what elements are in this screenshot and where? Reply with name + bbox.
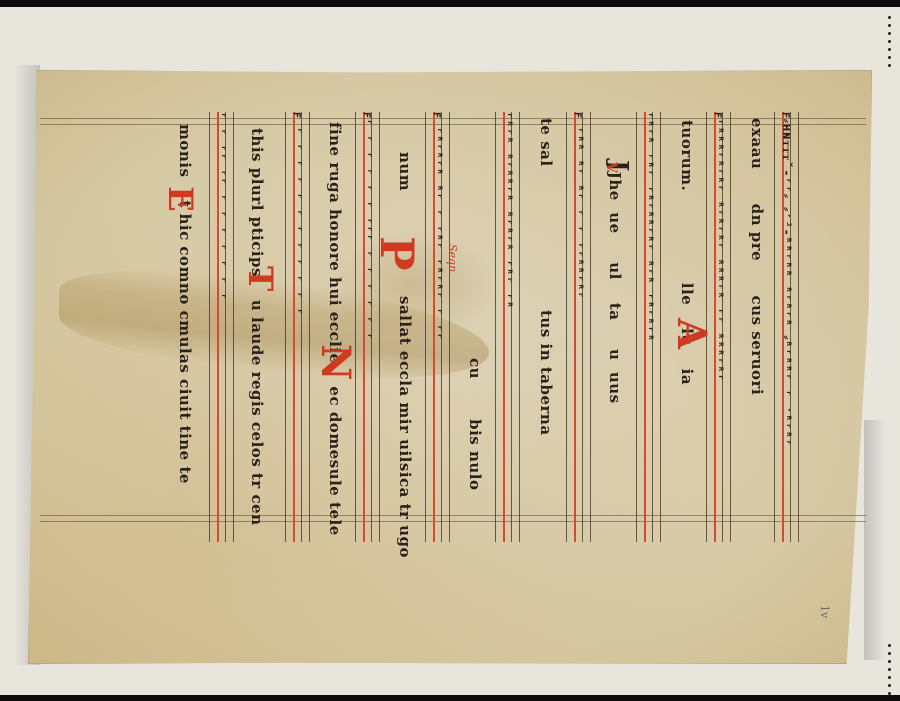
neumes-staff-9: ʳ ʳ ʳʳ ʳʳ ʳ ʳ ʳ ʳ ʳ ʳ ʳ bbox=[209, 112, 235, 542]
music-staff-6: ꜰ ʳᴿʳᴿʳᴿ ᴿʳ ʳ ʳᴿʳ ʳᴿʳᴿʳ ʳ ʳʳ bbox=[425, 112, 451, 542]
initial-alleluia-a: A bbox=[668, 318, 715, 349]
music-staff-3: ʳᴿʳᴿ ʳᴿʳ ʳᴿʳᴿᴿʳᴿʳ ᴿʳᴿ ʳᴿʳᴿʳᴿ bbox=[636, 112, 662, 542]
color-scale-marks-top bbox=[888, 16, 892, 67]
initial-tu-t: T bbox=[240, 266, 280, 291]
music-staff-4: ꜰ ʳᴿᴿ ᴿʳ ᴿʳ ʳ ʳ ʳʳᴿᴿʳᴿʳ bbox=[566, 112, 592, 542]
folio-pencil-mark: 1v bbox=[818, 605, 831, 618]
neumes-staff-1: ꜰ⸗ʜɴᴛᴛᴛˇ-ʳʳ⸗ ⸗ˑᴶ-ᴿᴿʳᴿᴿ ᴿʳᴿʳᴿ ⸗ᴿʳᴿᴿʳ ʳ ˑᴿ… bbox=[774, 112, 800, 542]
text-line-4b: tus in taberna bbox=[537, 310, 555, 436]
neumes-staff-5: ʳᴿʳᴿ ᴿʳᴿᴿʳᴿ ᴿʳᴿʳᴿ ʳᴿʳ ʳᴿ bbox=[495, 112, 521, 542]
initial-verse-v: V bbox=[603, 162, 619, 173]
text-line-3: Jhe ue ul ta u uus bbox=[606, 166, 624, 404]
color-scale-marks-bottom bbox=[888, 644, 892, 695]
ruling-line-bottom bbox=[40, 515, 866, 516]
initial-et-e: E bbox=[160, 186, 200, 212]
neumes-staff-8: ꜰ ʳ ʳ ʳ ʳ ʳ ʳ ʳ ʳ ʳ ʳ ʳ ʳ bbox=[285, 112, 311, 542]
music-staff-9: ʳ ʳ ʳʳ ʳʳ ʳ ʳ ʳ ʳ ʳ ʳ ʳ bbox=[209, 112, 235, 542]
ruling-line-top-2 bbox=[40, 124, 866, 125]
neumes-staff-4: ꜰ ʳᴿᴿ ᴿʳ ᴿʳ ʳ ʳ ʳʳᴿᴿʳᴿʳ bbox=[566, 112, 592, 542]
neumes-staff-3: ʳᴿʳᴿ ʳᴿʳ ʳᴿʳᴿᴿʳᴿʳ ᴿʳᴿ ʳᴿʳᴿʳᴿ bbox=[636, 112, 662, 542]
initial-sequence-p: P bbox=[370, 236, 424, 271]
initial-nec-n: N bbox=[312, 344, 359, 381]
music-staff-5: ʳᴿʳᴿ ᴿʳᴿᴿʳᴿ ᴿʳᴿʳᴿ ʳᴿʳ ʳᴿ bbox=[495, 112, 521, 542]
ruling-line-top bbox=[40, 118, 866, 119]
text-line-1: exaau dn pre cus seruori bbox=[748, 118, 766, 395]
text-line-8: this plurl pticips. u laude regis celos … bbox=[248, 128, 266, 526]
text-line-9: monis t hic comno cmulas ciuit tine te bbox=[176, 124, 194, 484]
text-line-5: cu bis nulo bbox=[466, 358, 484, 490]
music-staff-1: ꜰ⸗ʜɴᴛᴛᴛˇ-ʳʳ⸗ ⸗ˑᴶ-ᴿᴿʳᴿᴿ ᴿʳᴿʳᴿ ⸗ᴿʳᴿᴿʳ ʳ ˑᴿ… bbox=[774, 112, 800, 542]
neumes-staff-6: ꜰ ʳᴿʳᴿʳᴿ ᴿʳ ʳ ʳᴿʳ ʳᴿʳᴿʳ ʳ ʳʳ bbox=[425, 112, 451, 542]
rubric-sequence: Seqn. bbox=[446, 244, 459, 276]
text-line-6b: sallat eccla mir uilsica tr ugo bbox=[396, 296, 414, 558]
text-line-7: fine ruga honore hui ecclie. ec domesule… bbox=[326, 122, 344, 536]
text-line-4a: te sal bbox=[537, 118, 555, 167]
music-staff-8: ꜰ ʳ ʳ ʳ ʳ ʳ ʳ ʳ ʳ ʳ ʳ ʳ ʳ bbox=[285, 112, 311, 542]
neumes-staff-7: ꜰʳ ʳ ʳ ʳ ʳ ʳ ʳʳʳ ʳ ʳ ʳ ʳ ʳ ʳ bbox=[355, 112, 381, 542]
ruling-line-bottom-2 bbox=[40, 521, 866, 522]
text-line-6a: num bbox=[396, 152, 414, 191]
music-staff-7: ꜰʳ ʳ ʳ ʳ ʳ ʳ ʳʳʳ ʳ ʳ ʳ ʳ ʳ ʳ bbox=[355, 112, 381, 542]
leaf-shadow-right bbox=[864, 420, 886, 660]
